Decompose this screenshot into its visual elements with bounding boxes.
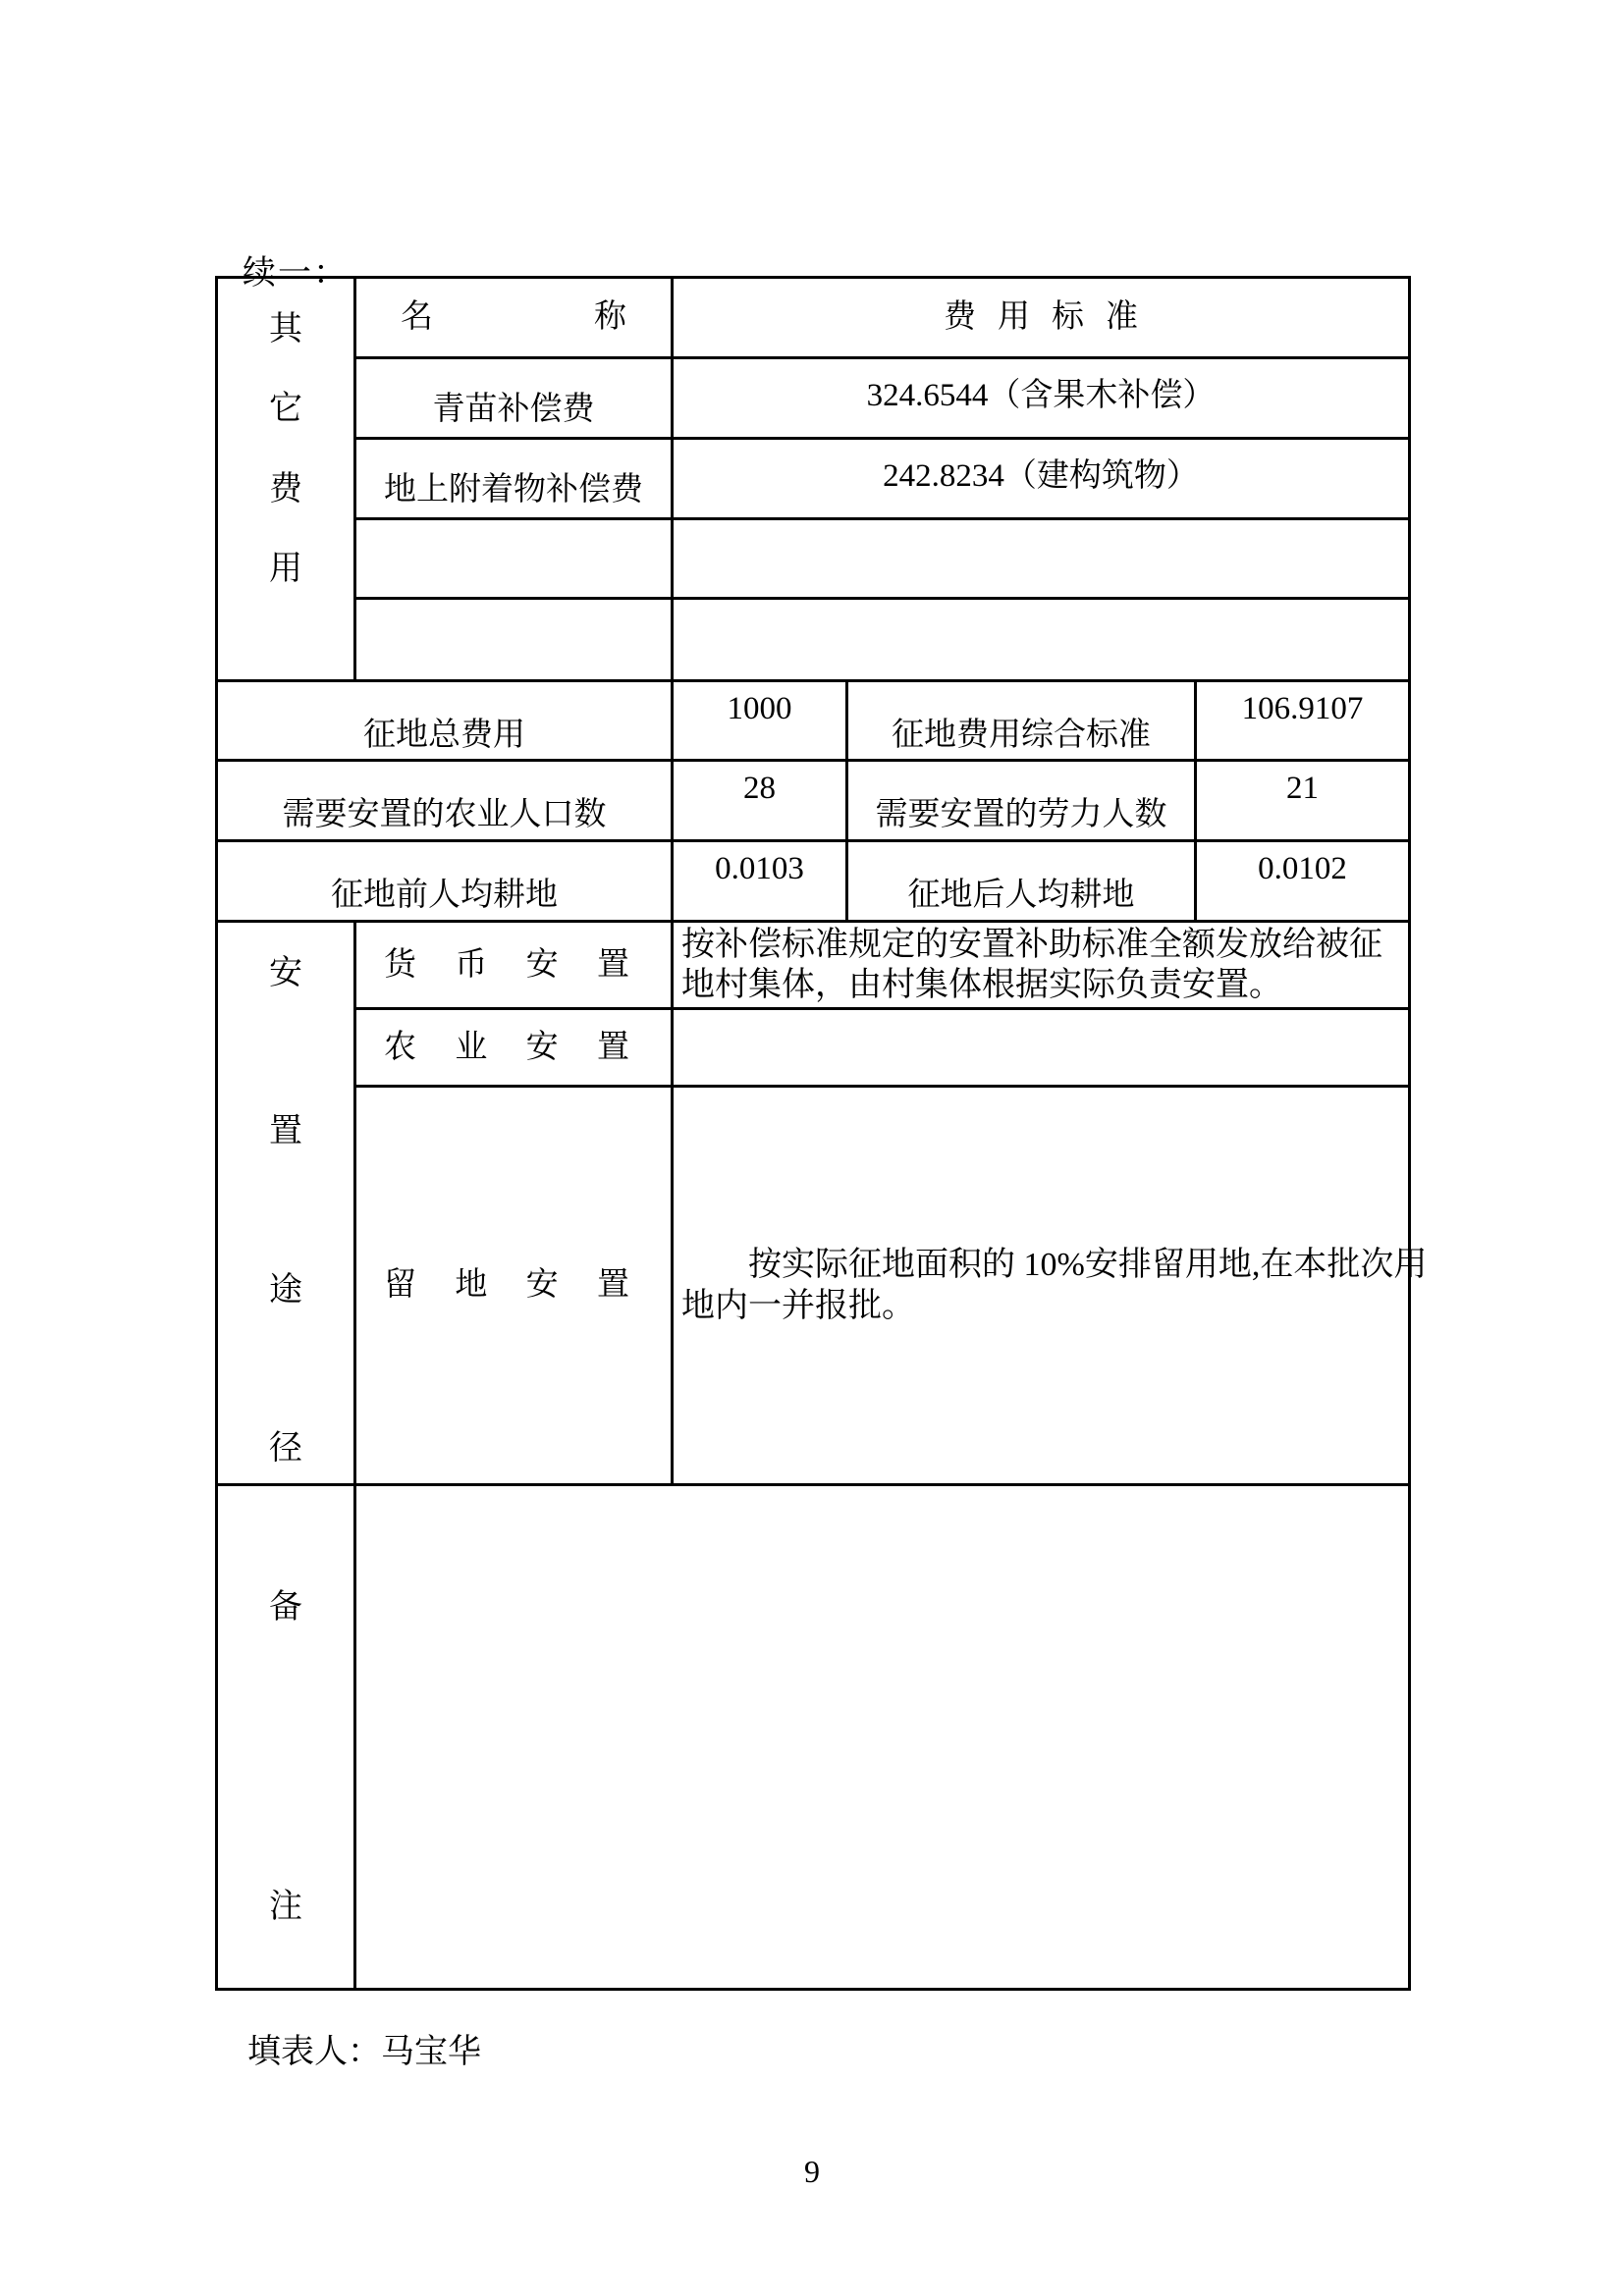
total-cost-value: 1000: [674, 682, 848, 759]
reserved-land-resettlement-label: 留地安置: [356, 1088, 671, 1483]
table-row: 留地安置 按实际征地面积的 10%安排留用地,在本批次用地内一并报批。: [356, 1088, 1408, 1483]
name-header-cell: 名称: [356, 279, 674, 356]
table-row: 货币安置 按补偿标准规定的安置补助标准全额发放给被征地村集体，由村集体根据实际负…: [356, 923, 1408, 1010]
monetary-resettlement-content: 按补偿标准规定的安置补助标准全额发放给被征地村集体，由村集体根据实际负责安置。: [674, 923, 1408, 1007]
fee-name-cell: 地上附着物补偿费: [356, 440, 674, 517]
remarks-section: 备注: [218, 1486, 1408, 1988]
table-row: [356, 520, 1408, 600]
fee-name-cell: 青苗补偿费: [356, 359, 674, 437]
table-row: 青苗补偿费 324.6544（含果木补偿）: [356, 359, 1408, 440]
resettlement-section: 安置途径 货币安置 按补偿标准规定的安置补助标准全额发放给被征地村集体，由村集体…: [218, 923, 1408, 1486]
table-row: 农业安置: [356, 1010, 1408, 1088]
page-number: 9: [0, 2154, 1624, 2190]
name-header-label: 名称: [356, 279, 671, 356]
labor-count-value: 21: [1197, 762, 1408, 839]
remarks-content: [356, 1486, 1408, 1988]
fee-name-cell: [356, 600, 674, 679]
monetary-resettlement-label-cell: 货币安置: [356, 923, 674, 1007]
agricultural-population-value: 28: [674, 762, 848, 839]
resettlement-vertical-label: 安置途径: [218, 923, 356, 1483]
fee-name-cell: [356, 520, 674, 597]
other-fees-vertical-label: 其它费用: [218, 279, 356, 679]
agricultural-resettlement-content: [674, 1010, 1408, 1085]
comprehensive-standard-label: 征地费用综合标准: [848, 682, 1197, 759]
table-row: 地上附着物补偿费 242.8234（建构筑物）: [356, 440, 1408, 520]
per-capita-farmland-after-value: 0.0102: [1197, 842, 1408, 920]
table-row: 征地总费用 1000 征地费用综合标准 106.9107: [218, 682, 1408, 762]
other-fees-section: 其它费用 名称 费用标准 青苗补偿费 324.6544（含果木补偿） 地上附着物…: [218, 279, 1408, 682]
fee-standard-cell: [674, 600, 1408, 679]
agricultural-resettlement-label-cell: 农业安置: [356, 1010, 674, 1085]
per-capita-farmland-before-label: 征地前人均耕地: [218, 842, 674, 920]
fee-standard-cell: 324.6544（含果木补偿）: [674, 359, 1408, 437]
comprehensive-standard-value: 106.9107: [1197, 682, 1408, 759]
agricultural-resettlement-label: 农业安置: [356, 1010, 671, 1085]
fee-standard-cell: [674, 520, 1408, 597]
table-row: 需要安置的农业人口数 28 需要安置的劳力人数 21: [218, 762, 1408, 842]
fee-standard-cell: 242.8234（建构筑物）: [674, 440, 1408, 517]
table-row: 名称 费用标准: [356, 279, 1408, 359]
fee-standard-header-label: 费用标准: [674, 279, 1408, 356]
fee-standard-header-cell: 费用标准: [674, 279, 1408, 356]
land-acquisition-table: 其它费用 名称 费用标准 青苗补偿费 324.6544（含果木补偿） 地上附着物…: [215, 276, 1411, 1991]
remarks-vertical-label: 备注: [218, 1486, 356, 1988]
summary-section: 征地总费用 1000 征地费用综合标准 106.9107 需要安置的农业人口数 …: [218, 682, 1408, 923]
agricultural-population-label: 需要安置的农业人口数: [218, 762, 674, 839]
per-capita-farmland-after-label: 征地后人均耕地: [848, 842, 1197, 920]
per-capita-farmland-before-value: 0.0103: [674, 842, 848, 920]
total-cost-label: 征地总费用: [218, 682, 674, 759]
form-filler-label: 填表人：马宝华: [247, 2024, 481, 2072]
table-row: 征地前人均耕地 0.0103 征地后人均耕地 0.0102: [218, 842, 1408, 920]
labor-count-label: 需要安置的劳力人数: [848, 762, 1197, 839]
document-page: 续一： 其它费用 名称 费用标准 青苗补偿费 324.6544（含果木补偿）: [0, 0, 1624, 2296]
reserved-land-resettlement-label-cell: 留地安置: [356, 1088, 674, 1483]
table-row: [356, 600, 1408, 679]
monetary-resettlement-label: 货币安置: [356, 923, 671, 1007]
reserved-land-resettlement-content: 按实际征地面积的 10%安排留用地,在本批次用地内一并报批。: [674, 1088, 1435, 1483]
